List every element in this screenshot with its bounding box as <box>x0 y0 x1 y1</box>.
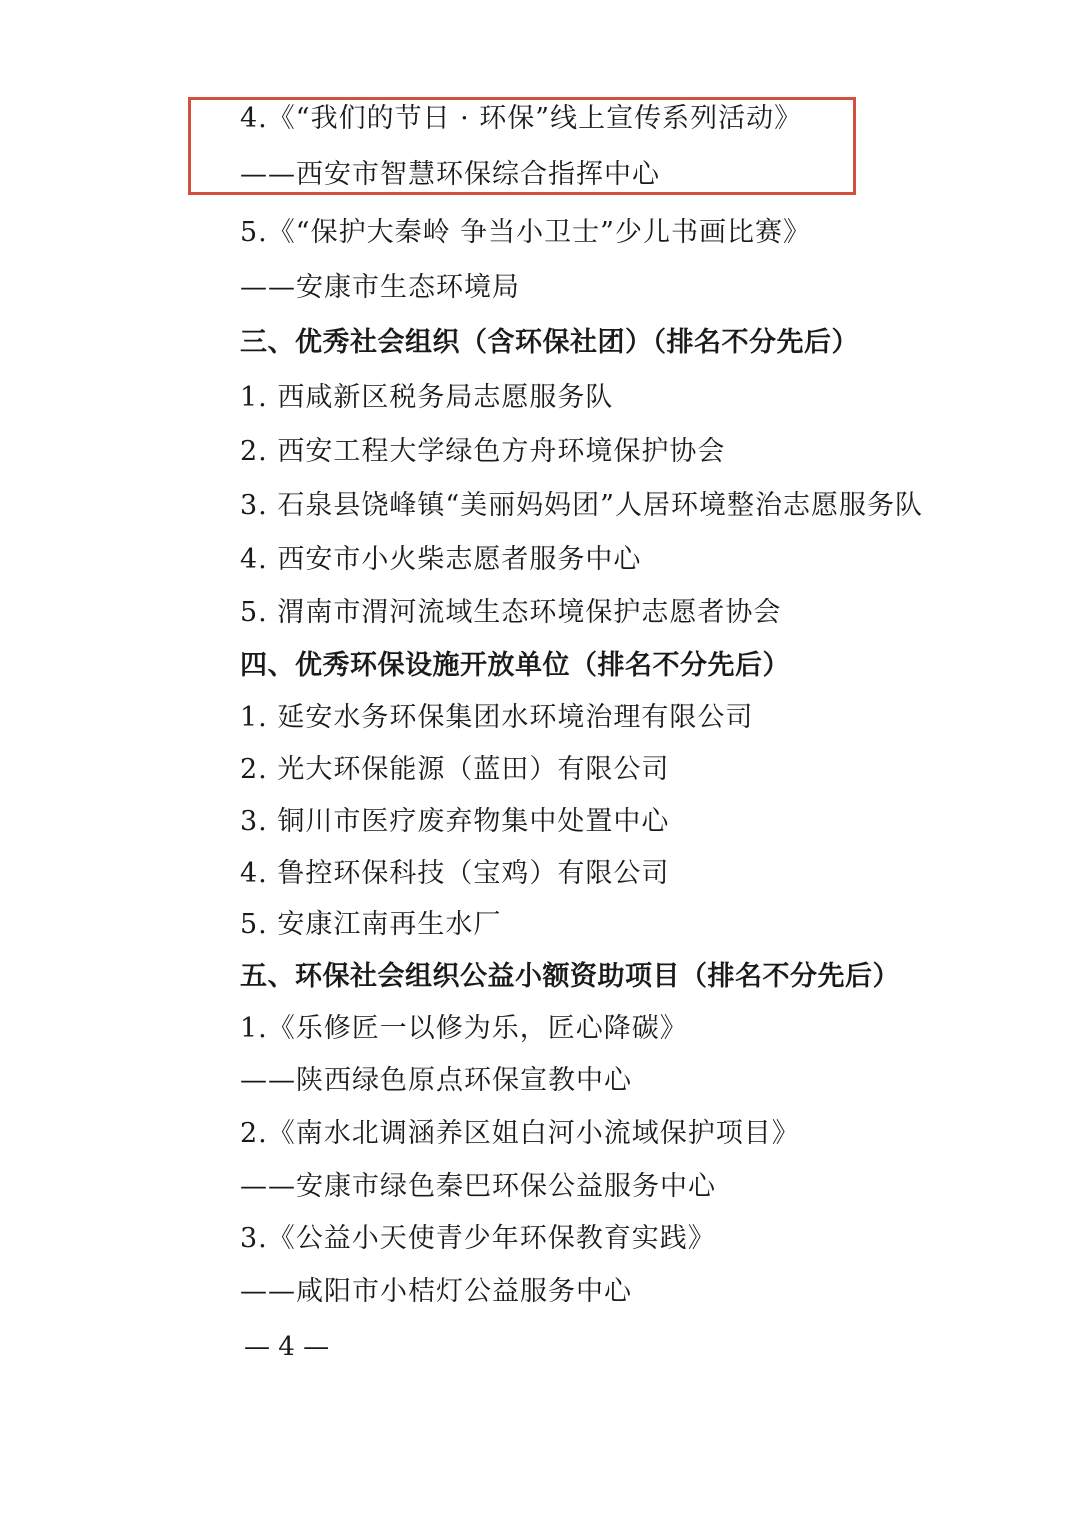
list-item: 1. 延安水务环保集团水环境治理有限公司 <box>240 701 753 735</box>
list-item: 3. 石泉县饶峰镇“美丽妈妈团”人居环境整治志愿服务队 <box>240 489 923 523</box>
list-item: 1.《乐修匠一以修为乐，匠心降碳》 <box>240 1012 688 1046</box>
list-item: 3.《公益小天使青少年环保教育实践》 <box>240 1222 716 1256</box>
list-item: ——陕西绿色原点环保宣教中心 <box>240 1064 632 1098</box>
section-heading-4: 四、优秀环保设施开放单位（排名不分先后） <box>240 649 790 683</box>
list-item: ——咸阳市小桔灯公益服务中心 <box>240 1275 632 1309</box>
list-item: 2. 西安工程大学绿色方舟环境保护协会 <box>240 435 725 469</box>
list-item: 2. 光大环保能源（蓝田）有限公司 <box>240 753 669 787</box>
page-number: — 4 — <box>244 1330 329 1364</box>
list-item: 4. 西安市小火柴志愿者服务中心 <box>240 543 641 577</box>
section-heading-5: 五、环保社会组织公益小额资助项目（排名不分先后） <box>240 960 900 994</box>
list-item: 3. 铜川市医疗废弃物集中处置中心 <box>240 805 669 839</box>
highlighted-item-title: 4.《“我们的节日 · 环保”线上宣传系列活动》 <box>240 102 802 136</box>
list-item: ——安康市绿色秦巴环保公益服务中心 <box>240 1170 716 1204</box>
list-item: 4. 鲁控环保科技（宝鸡）有限公司 <box>240 857 669 891</box>
item-title: 5.《“保护大秦岭 争当小卫士”少儿书画比赛》 <box>240 216 811 250</box>
highlighted-item-org: ——西安市智慧环保综合指挥中心 <box>240 158 660 192</box>
list-item: 2.《南水北调涵养区姐白河小流域保护项目》 <box>240 1117 800 1151</box>
list-item: 5. 安康江南再生水厂 <box>240 908 501 942</box>
document-page: 4.《“我们的节日 · 环保”线上宣传系列活动》 ——西安市智慧环保综合指挥中心… <box>0 0 1080 1529</box>
list-item: 1. 西咸新区税务局志愿服务队 <box>240 381 613 415</box>
item-org: ——安康市生态环境局 <box>240 271 520 305</box>
list-item: 5. 渭南市渭河流域生态环境保护志愿者协会 <box>240 596 781 630</box>
section-heading-3: 三、优秀社会组织（含环保社团）（排名不分先后） <box>240 326 859 360</box>
